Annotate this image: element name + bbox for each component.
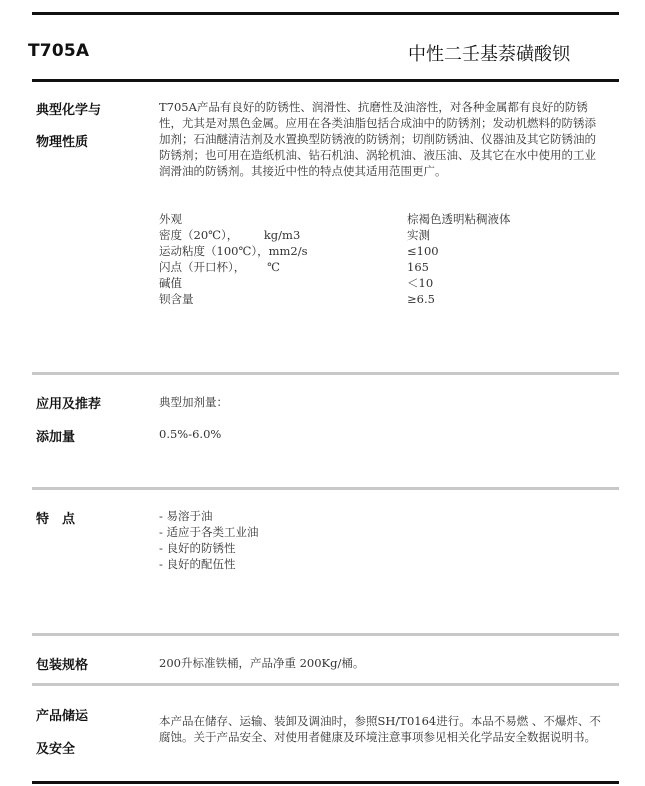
property-names: 外观 密度（20℃）， kg/m3 运动粘度（100℃），mm2/s 闪点（开口…	[159, 211, 307, 307]
property-name: 外观	[159, 211, 307, 227]
section-divider	[32, 633, 619, 636]
feature-item: - 易溶于油	[159, 508, 259, 524]
packaging-text: 200升标准铁桶，产品净重 200Kg/桶。	[159, 655, 364, 671]
description-line: T705A产品有良好的防锈性、润滑性、抗磨性及油溶性，对各种金属都有良好的防锈	[159, 99, 619, 115]
properties-description: T705A产品有良好的防锈性、润滑性、抗磨性及油溶性，对各种金属都有良好的防锈 …	[159, 99, 619, 179]
feature-item: - 良好的配伍性	[159, 556, 259, 572]
property-name: 运动粘度（100℃），mm2/s	[159, 243, 307, 259]
description-line: 性，尤其是对黑色金属。应用在各类油脂包括合成油中的防锈剂；发动机燃料的防锈添	[159, 115, 619, 131]
description-line: 润滑油的防锈剂。其接近中性的特点使其适用范围更广。	[159, 163, 619, 179]
properties-label-1: 典型化学与	[36, 99, 101, 118]
bottom-rule	[32, 781, 619, 784]
product-code: T705A	[28, 41, 89, 61]
property-value: 165	[407, 259, 511, 275]
properties-label-2: 物理性质	[36, 131, 88, 150]
storage-label-1: 产品储运	[36, 705, 88, 724]
description-line: 防锈剂；也可用在造纸机油、钻石机油、涡轮机油、液压油、及其它在水中使用的工业	[159, 147, 619, 163]
property-value: 实测	[407, 227, 511, 243]
property-name: 密度（20℃）， kg/m3	[159, 227, 307, 243]
header-rule	[32, 79, 619, 82]
application-label-1: 应用及推荐	[36, 393, 101, 412]
section-divider	[32, 372, 619, 375]
product-name: 中性二壬基萘磺酸钡	[408, 40, 570, 66]
storage-label-2: 及安全	[36, 738, 75, 757]
property-value: 棕褐色透明粘稠液体	[407, 211, 511, 227]
section-divider	[32, 487, 619, 490]
storage-text: 本产品在储存、运输、装卸及调油时，参照SH/T0164进行。本品不易燃 、不爆炸…	[159, 713, 619, 745]
application-label-2: 添加量	[36, 426, 75, 445]
property-name: 钡含量	[159, 291, 307, 307]
storage-line: 腐蚀。关于产品安全、对使用者健康及环境注意事项参见相关化学品安全数据说明书。	[159, 729, 619, 745]
storage-line: 本产品在储存、运输、装卸及调油时，参照SH/T0164进行。本品不易燃 、不爆炸…	[159, 713, 619, 729]
property-value: ≥6.5	[407, 291, 511, 307]
feature-item: - 良好的防锈性	[159, 540, 259, 556]
property-name: 闪点（开口杯）， ℃	[159, 259, 307, 275]
features-list: - 易溶于油 - 适应于各类工业油 - 良好的防锈性 - 良好的配伍性	[159, 508, 259, 572]
application-text-1: 典型加剂量：	[159, 394, 228, 410]
property-value: ＜10	[407, 275, 511, 291]
top-rule	[32, 12, 619, 15]
application-text-2: 0.5%-6.0%	[159, 426, 221, 442]
property-values: 棕褐色透明粘稠液体 实测 ≤100 165 ＜10 ≥6.5	[407, 211, 511, 307]
features-label: 特 点	[36, 508, 75, 527]
section-divider	[32, 683, 619, 686]
property-name: 碱值	[159, 275, 307, 291]
description-line: 加剂；石油醚清洁剂及水置换型防锈液的防锈剂；切削防锈油、仪器油及其它防锈油的	[159, 131, 619, 147]
packaging-label: 包装规格	[36, 654, 88, 673]
property-value: ≤100	[407, 243, 511, 259]
feature-item: - 适应于各类工业油	[159, 524, 259, 540]
